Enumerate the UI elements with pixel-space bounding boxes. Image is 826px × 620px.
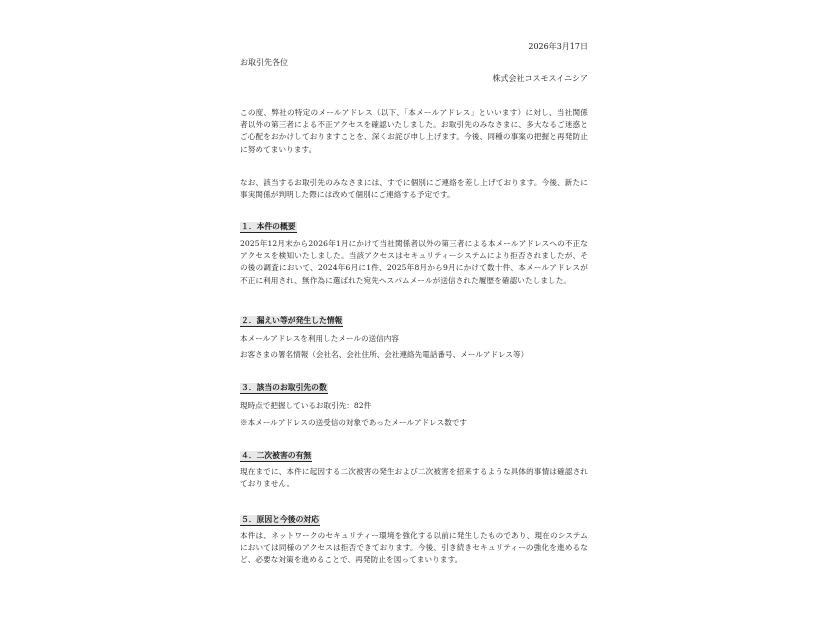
section-body-cause-response: 本件は、ネットワークのセキュリティー環境を強化する以前に発生したものであり、現在… xyxy=(240,530,588,567)
document-date: 2026年3月17日 xyxy=(528,42,588,52)
leaked-info-item: お客さまの署名情報（会社名、会社住所、会社連絡先電話番号、メールアドレス等） xyxy=(240,350,528,360)
intro-paragraph-contact: なお、該当するお取引先のみなさまには、すでに個別にご連絡を差し上げております。今… xyxy=(240,177,588,201)
sender-company: 株式会社コスモスイニシア xyxy=(492,74,588,84)
leaked-info-item: 本メールアドレスを利用したメールの送信内容 xyxy=(240,334,399,344)
affected-count-value: 現時点で把握しているお取引先：82件 xyxy=(240,401,371,411)
addressee: お取引先各位 xyxy=(240,58,288,68)
affected-count-note: ※本メールアドレスの送受信の対象であったメールアドレス数です xyxy=(240,418,467,428)
section-heading-overview: １．本件の概要 xyxy=(240,222,297,233)
section-heading-leaked-info: ２．漏えい等が発生した情報 xyxy=(240,316,343,327)
section-heading-cause-response: ５．原因と今後の対応 xyxy=(240,515,320,526)
intro-paragraph-apology: この度、弊社の特定のメールアドレス（以下、「本メールアドレス」といいます）に対し… xyxy=(240,107,588,156)
section-body-secondary-damage: 現在までに、本件に起因する二次被害の発生および二次被害を招来するような具体的事情… xyxy=(240,466,588,490)
section-heading-affected-count: ３．該当のお取引先の数 xyxy=(240,383,328,394)
section-heading-secondary-damage: ４．二次被害の有無 xyxy=(240,451,312,462)
section-body-overview: 2025年12月末から2026年1月にかけて当社関係者以外の第三者による本メール… xyxy=(240,238,588,287)
